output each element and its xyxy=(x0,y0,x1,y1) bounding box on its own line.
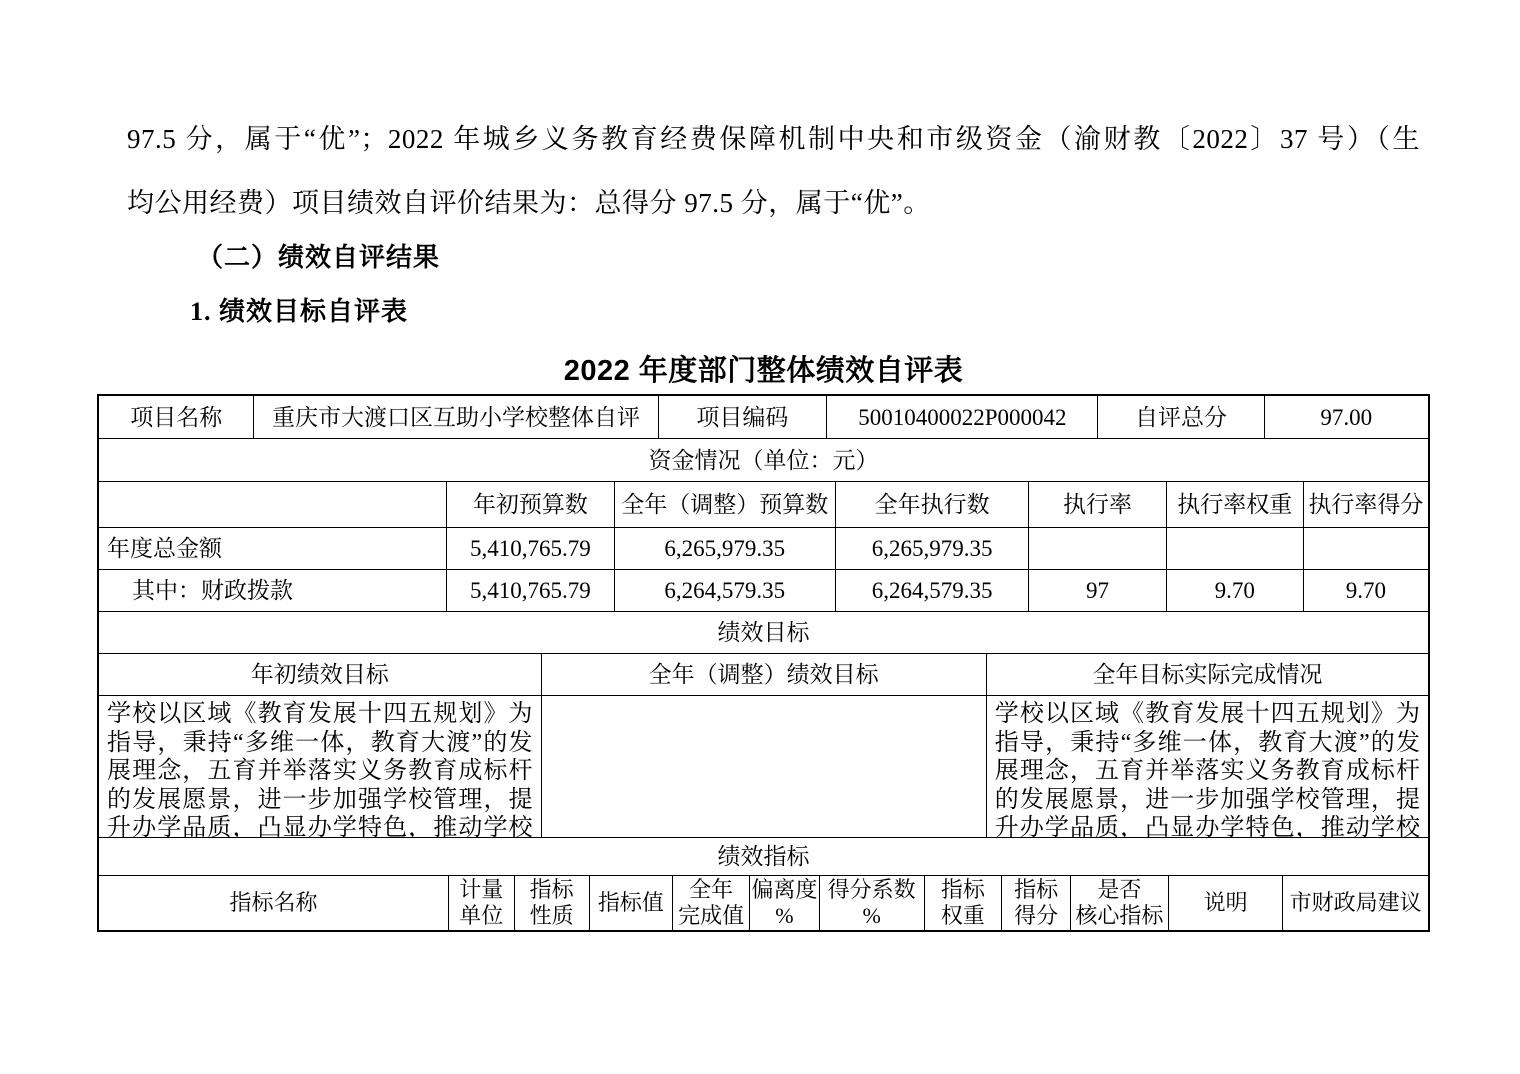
funds-fiscal-rate-score: 9.70 xyxy=(1304,570,1428,611)
funds-row-fiscal: 其中：财政拨款 5,410,765.79 6,264,579.35 6,264,… xyxy=(99,570,1428,612)
funds-section-band: 资金情况（单位：元） xyxy=(99,439,1428,482)
indicator-header-name: 指标名称 xyxy=(99,876,449,930)
funds-total-rate-weight xyxy=(1167,528,1304,569)
funds-total-label: 年度总金额 xyxy=(99,528,447,569)
indicators-header-row: 指标名称 计量 单位 指标 性质 指标值 全年 完成值 偏离度 % 得分系数 %… xyxy=(99,876,1428,930)
document-page: { "document": { "intro_lines": [ "97.5 分… xyxy=(0,0,1520,1074)
funds-total-initial-budget: 5,410,765.79 xyxy=(447,528,614,569)
indicators-section-band: 绩效指标 xyxy=(99,838,1428,876)
goals-section-band: 绩效目标 xyxy=(99,612,1428,654)
funds-header-initial-budget: 年初预算数 xyxy=(447,482,614,527)
goals-header-adjusted: 全年（调整）绩效目标 xyxy=(542,654,987,695)
goals-header-actual: 全年目标实际完成情况 xyxy=(987,654,1428,695)
funds-fiscal-rate: 97 xyxy=(1029,570,1167,611)
table-title: 2022 年度部门整体绩效自评表 xyxy=(97,348,1430,389)
indicators-section-title: 绩效指标 xyxy=(99,838,1428,875)
goals-header-row: 年初绩效目标 全年（调整）绩效目标 全年目标实际完成情况 xyxy=(99,654,1428,696)
indicator-header-annual-completion: 全年 完成值 xyxy=(673,876,750,930)
funds-fiscal-adjusted-budget: 6,264,579.35 xyxy=(615,570,836,611)
indicator-header-score: 指标 得分 xyxy=(1002,876,1071,930)
performance-table: 项目名称 重庆市大渡口区互助小学校整体自评 项目编码 50010400022P0… xyxy=(97,394,1430,932)
goals-initial-text: 学校以区域《教育发展十四五规划》为指导，秉持“多维一体，教育大渡”的发展理念，五… xyxy=(99,696,542,837)
funds-header-rate: 执行率 xyxy=(1029,482,1167,527)
funds-header-executed: 全年执行数 xyxy=(836,482,1029,527)
project-name-value: 重庆市大渡口区互助小学校整体自评 xyxy=(254,396,658,438)
funds-fiscal-executed: 6,264,579.35 xyxy=(836,570,1029,611)
indicator-header-unit: 计量 单位 xyxy=(449,876,515,930)
section-heading: （二）绩效自评结果 xyxy=(197,237,440,274)
funds-fiscal-label: 其中：财政拨款 xyxy=(99,570,447,611)
indicator-header-deviation: 偏离度 % xyxy=(750,876,820,930)
funds-row-total: 年度总金额 5,410,765.79 6,265,979.35 6,265,97… xyxy=(99,528,1428,570)
indicator-header-core: 是否 核心指标 xyxy=(1071,876,1169,930)
indicator-header-nature: 指标 性质 xyxy=(515,876,590,930)
funds-total-rate-score xyxy=(1304,528,1428,569)
funds-total-rate xyxy=(1029,528,1167,569)
goals-actual-text: 学校以区域《教育发展十四五规划》为指导，秉持“多维一体，教育大渡”的发展理念，五… xyxy=(987,696,1428,837)
funds-header-row: 年初预算数 全年（调整）预算数 全年执行数 执行率 执行率权重 执行率得分 xyxy=(99,482,1428,528)
indicator-header-finance-bureau-advice: 市财政局建议 xyxy=(1283,876,1427,930)
funds-fiscal-initial-budget: 5,410,765.79 xyxy=(447,570,614,611)
funds-header-rate-weight: 执行率权重 xyxy=(1167,482,1304,527)
project-code-label: 项目编码 xyxy=(659,396,828,438)
funds-header-rate-score: 执行率得分 xyxy=(1304,482,1428,527)
goals-text-row: 学校以区域《教育发展十四五规划》为指导，秉持“多维一体，教育大渡”的发展理念，五… xyxy=(99,696,1428,838)
indicator-header-target-value: 指标值 xyxy=(590,876,674,930)
funds-fiscal-rate-weight: 9.70 xyxy=(1167,570,1304,611)
funds-section-title: 资金情况（单位：元） xyxy=(99,439,1428,481)
goals-header-initial: 年初绩效目标 xyxy=(99,654,542,695)
subsection-heading: 1. 绩效目标自评表 xyxy=(190,291,408,328)
project-name-label: 项目名称 xyxy=(99,396,254,438)
project-info-row: 项目名称 重庆市大渡口区互助小学校整体自评 项目编码 50010400022P0… xyxy=(99,396,1428,439)
funds-total-executed: 6,265,979.35 xyxy=(836,528,1029,569)
goals-section-title: 绩效目标 xyxy=(99,612,1428,653)
self-score-label: 自评总分 xyxy=(1098,396,1264,438)
indicator-header-score-coefficient: 得分系数 % xyxy=(820,876,925,930)
project-code-value: 50010400022P000042 xyxy=(827,396,1098,438)
intro-paragraph-line-1: 97.5 分，属于“优”；2022 年城乡义务教育经费保障机制中央和市级资金（渝… xyxy=(127,119,1420,159)
funds-header-adjusted-budget: 全年（调整）预算数 xyxy=(615,482,836,527)
goals-adjusted-text xyxy=(542,696,987,837)
indicator-header-weight: 指标 权重 xyxy=(925,876,1003,930)
self-score-value: 97.00 xyxy=(1265,396,1428,438)
indicator-header-note: 说明 xyxy=(1169,876,1284,930)
funds-header-empty xyxy=(99,482,447,527)
intro-paragraph-line-2: 均公用经费）项目绩效自评价结果为：总得分 97.5 分，属于“优”。 xyxy=(127,183,1420,223)
funds-total-adjusted-budget: 6,265,979.35 xyxy=(615,528,836,569)
